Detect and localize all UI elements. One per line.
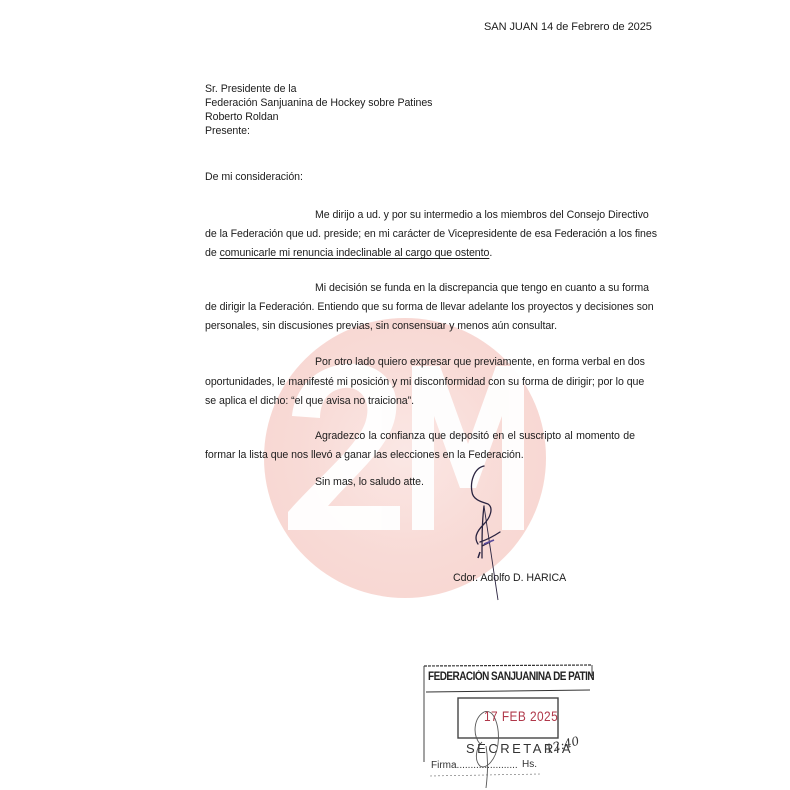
resignation-statement: comunicarle mi renuncia indeclinable al … (220, 247, 490, 259)
letter-date: SAN JUAN 14 de Febrero de 2025 (484, 21, 652, 33)
paragraph-3-line-3: se aplica el dicho: “el que avisa no tra… (205, 395, 635, 407)
stamp-organization: FEDERACIÓN SANJUANINA DE PATIN (428, 670, 594, 683)
paragraph-1-line-3: de comunicarle mi renuncia indeclinable … (205, 247, 635, 259)
paragraph-2-line-3: personales, sin discusiones previas, sin… (205, 320, 635, 332)
recipient-name: Roberto Roldan (205, 111, 279, 123)
recipient-presente: Presente: (205, 125, 250, 137)
recipient-title: Sr. Presidente de la (205, 83, 296, 95)
text-fragment: de (205, 247, 220, 259)
paragraph-3-line-2: oportunidades, le manifesté mi posición … (205, 376, 635, 388)
paragraph-1-line-2: de la Federación que ud. preside; en mi … (205, 228, 635, 240)
salutation: De mi consideración: (205, 171, 303, 183)
stamp-firma-label: Firma...................... (431, 760, 518, 771)
paragraph-4-line-2: formar la lista que nos llevó a ganar la… (205, 449, 635, 461)
stamp-hs-label: Hs. (522, 759, 537, 770)
stamp-received-date: 17 FEB 2025 (484, 708, 558, 724)
handwritten-signature-icon (460, 462, 520, 602)
paragraph-2-line-2: de dirigir la Federación. Entiendo que s… (205, 301, 635, 313)
closing: Sin mas, lo saludo atte. (315, 476, 424, 488)
paragraph-2-line-1: Mi decisión se funda en la discrepancia … (315, 282, 635, 294)
paragraph-1-line-1: Me dirijo a ud. y por su intermedio a lo… (315, 209, 635, 221)
paragraph-4-line-1: Agradezco la confianza que depositó en e… (315, 430, 635, 442)
letter-page: SAN JUAN 14 de Febrero de 2025 Sr. Presi… (0, 0, 790, 790)
recipient-organization: Federación Sanjuanina de Hockey sobre Pa… (205, 97, 432, 109)
paragraph-3-line-1: Por otro lado quiero expresar que previa… (315, 356, 635, 368)
text-fragment: . (489, 247, 492, 259)
